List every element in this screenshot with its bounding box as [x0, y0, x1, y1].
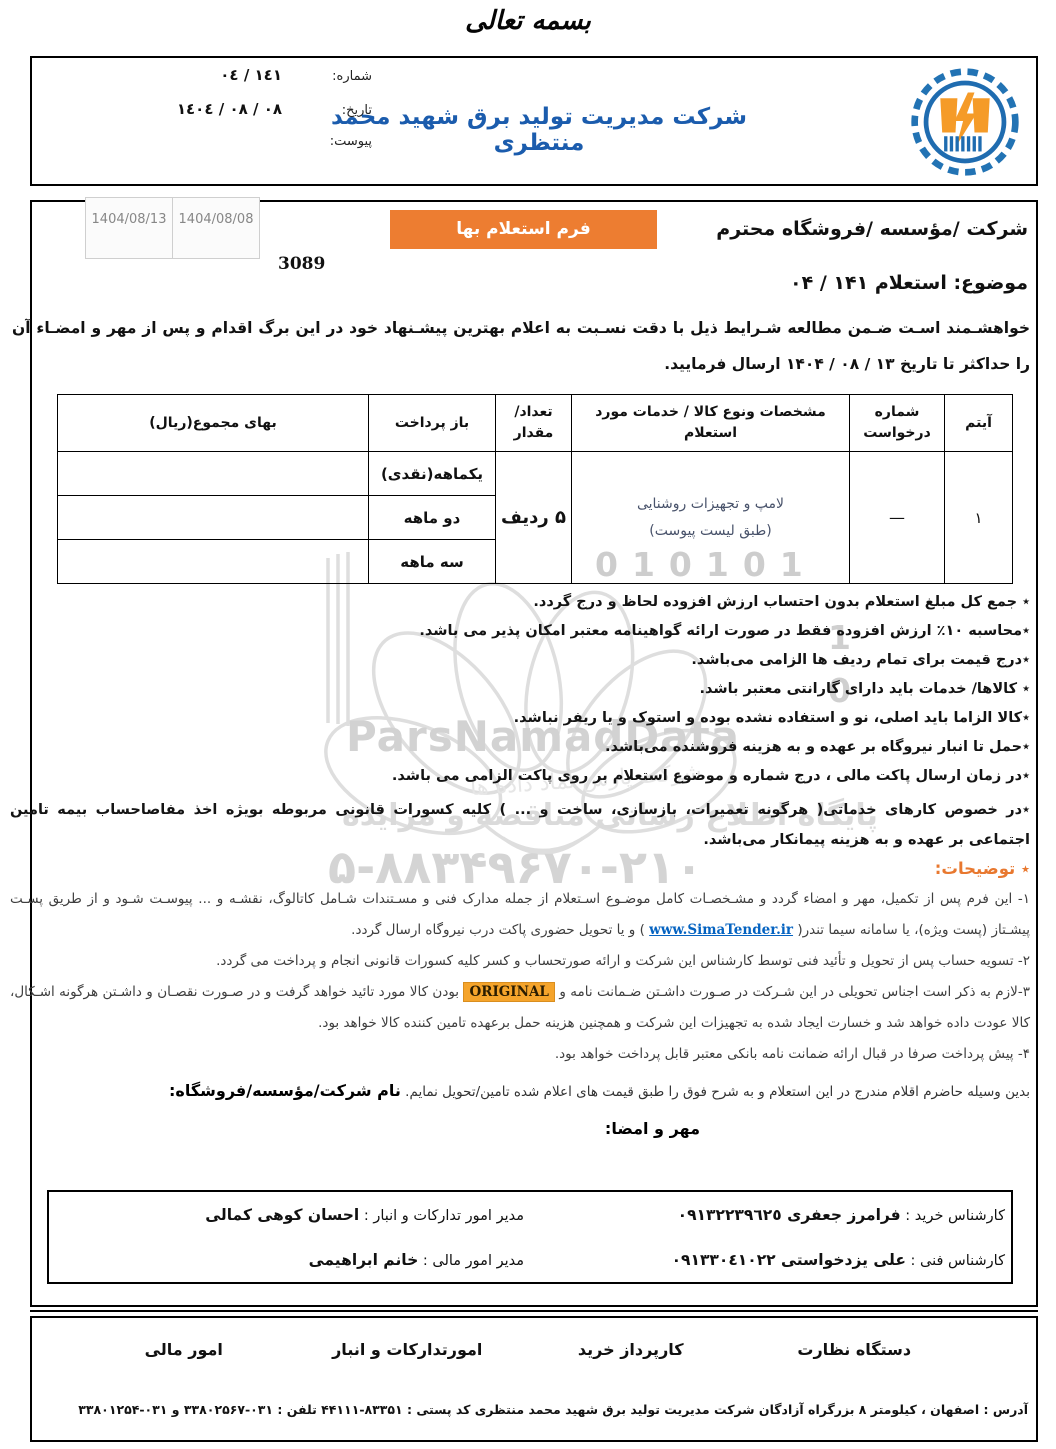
seal-signature-label: مهر و امضا:	[10, 1119, 1030, 1138]
address-line: آدرس : اصفهان ، کیلومتر ۸ بزرگراه آزادگا…	[40, 1402, 1028, 1417]
dept-finance: امور مالی	[72, 1340, 296, 1359]
note-1: ۱- این فرم پس از تکمیل، مهر و امضاء گردد…	[10, 884, 1030, 946]
col-header-item: آیتم	[945, 395, 1013, 452]
stamp-number: 3089	[278, 254, 325, 274]
description-line2: (طبق لیست پیوست)	[649, 523, 771, 539]
finance-manager-name: خانم ابراهیمی	[309, 1251, 419, 1269]
bismillah-calligraphy: بسمه تعالی	[0, 6, 1056, 36]
conditions-section: ٭ جمع کل مبلغ استعلام بدون احتساب ارزش ا…	[10, 592, 1030, 1138]
condition-item: ٭حمل تا انبار نیروگاه بر عهده و به هزینه…	[10, 737, 1030, 758]
col-header-description: مشخصات ونوع کالا / خدمات مورد استعلام	[572, 395, 850, 452]
request-no-cell: —	[850, 452, 945, 584]
condition-item: ٭محاسبه ۱۰٪ ارزش افزوده فقط در صورت ارائ…	[10, 621, 1030, 642]
condition-item: ٭ جمع کل مبلغ استعلام بدون احتساب ارزش ا…	[10, 592, 1030, 613]
payment-option-three-month: سه ماهه	[369, 540, 496, 584]
closing-text: بدین وسیله حاضرم اقلام مندرج در این استع…	[401, 1084, 1030, 1100]
quantity-header-line1: تعداد/	[514, 404, 552, 420]
condition-item: ٭کالا الزاما باید اصلی، نو و استفاده نشد…	[10, 708, 1030, 729]
simatender-link[interactable]: www.SimaTender.ir	[649, 922, 793, 938]
finance-manager-label: مدیر امور مالی :	[418, 1253, 524, 1269]
quantity-cell: ۵ ردیف	[496, 452, 572, 584]
description-cell: لامپ و تجهیزات روشنایی (طبق لیست پیوست)	[572, 452, 850, 584]
description-line1: لامپ و تجهیزات روشنایی	[637, 496, 784, 512]
date-value: ٠٨ / ٠٨ / ١٤٠٤	[177, 100, 282, 118]
price-cell-3[interactable]	[58, 540, 369, 584]
condition-item: ٭در زمان ارسال پاکت مالی ، درج شماره و م…	[10, 766, 1030, 787]
number-value: ١٤١ / ٠٤	[220, 66, 282, 84]
technical-expert-label: کارشناس فنی :	[906, 1253, 1005, 1269]
number-label: شماره:	[308, 69, 372, 84]
dept-logistics: امورتدارکات و انبار	[296, 1340, 520, 1359]
price-cell-2[interactable]	[58, 496, 369, 540]
company-name: شرکت مدیریت تولید برق شهید محمد منتظری	[322, 104, 756, 156]
technical-expert-name: علی یزدخواستی	[776, 1251, 906, 1269]
items-table: آیتم شماره درخواست مشخصات ونوع کالا / خد…	[57, 394, 1013, 584]
price-cell-1[interactable]	[58, 452, 369, 496]
note-1-text-after: ) و یا تحویل حضوری پاکت درب نیروگاه ارسا…	[351, 922, 649, 938]
note-2: ۲- تسویه حساب پس از تحویل و تأئید فنی تو…	[10, 946, 1030, 977]
note-3-text: ۳-لازم به ذکر است اجناس تحویلی در این شـ…	[555, 984, 1030, 1000]
company-name-field-label: نام شرکت/مؤسسه/فروشگاه:	[169, 1081, 401, 1100]
col-header-request-no: شماره درخواست	[850, 395, 945, 452]
departments-row: دستگاه نظارت کارپرداز خرید امورتدارکات و…	[72, 1340, 966, 1359]
company-logo-icon	[908, 60, 1022, 184]
technical-expert-phone: ٠٩١٣٣٠٤١٠٢٢	[672, 1251, 776, 1269]
stamp-date-deadline: 1404/08/13	[85, 197, 173, 259]
condition-item: ٭ کالاها/ خدمات باید دارای گارانتی معتبر…	[10, 679, 1030, 700]
subject-line: موضوع: استعلام ۱۴۱ / ۰۴	[790, 272, 1028, 294]
quantity-header-line2: مقدار	[514, 425, 554, 441]
logistics-manager-name: احسان کوهی کمالی	[205, 1206, 359, 1224]
item-row: ۱ — لامپ و تجهیزات روشنایی (طبق لیست پیو…	[58, 452, 1013, 496]
intro-paragraph: خواهشـمند اسـت ضـمن مطالعه شـرایط ذیل با…	[12, 310, 1030, 383]
purchase-expert-phone: ٠٩١٣٢٢٣٩٦٢٥	[678, 1206, 782, 1224]
logistics-manager-label: مدیر امور تدارکات و انبار :	[359, 1208, 524, 1224]
purchase-expert-name: فرامرز جعفری	[782, 1206, 901, 1224]
logistics-manager-contact: مدیر امور تدارکات و انبار : احسان کوهی ک…	[49, 1206, 530, 1224]
col-header-payment: باز پرداخت	[369, 395, 496, 452]
condition-item: ٭در خصوص کارهای خدماتی( هرگونه تعمیرات، …	[10, 795, 1030, 855]
contacts-box: کارشناس خرید : فرامرز جعفری ٠٩١٣٢٢٣٩٦٢٥ …	[47, 1190, 1013, 1284]
payment-option-cash: یکماهه(نقدی)	[369, 452, 496, 496]
notes-title: ٭ توضیحات:	[10, 859, 1030, 878]
footer-box: دستگاه نظارت کارپرداز خرید امورتدارکات و…	[30, 1316, 1038, 1442]
form-title-banner: فرم استعلام بها	[390, 210, 657, 249]
letterhead-box: شماره: ١٤١ / ٠٤ تاریخ: ٠٨ / ٠٨ / ١٤٠٤ پی…	[30, 56, 1038, 186]
closing-statement: بدین وسیله حاضرم اقلام مندرج در این استع…	[10, 1076, 1030, 1107]
item-number-cell: ۱	[945, 452, 1013, 584]
note-3: ۳-لازم به ذکر است اجناس تحویلی در این شـ…	[10, 977, 1030, 1039]
finance-manager-contact: مدیر امور مالی : خانم ابراهیمی	[49, 1251, 530, 1269]
purchase-expert-label: کارشناس خرید :	[901, 1208, 1005, 1224]
dept-supervision: دستگاه نظارت	[743, 1340, 967, 1359]
stamp-date-cells: 1404/08/13 1404/08/08	[86, 197, 260, 259]
payment-option-two-month: دو ماهه	[369, 496, 496, 540]
stamp-date-issue: 1404/08/08	[172, 197, 260, 259]
col-header-total-price: بهای مجموع(ریال)	[58, 395, 369, 452]
technical-expert-contact: کارشناس فنی : علی یزدخواستی ٠٩١٣٣٠٤١٠٢٢	[530, 1251, 1011, 1269]
footer-divider-line	[30, 1310, 1038, 1312]
note-4: ۴- پیش پرداخت صرفا در قبال ارائه ضمانت ن…	[10, 1039, 1030, 1070]
original-highlight: ORIGINAL	[463, 982, 554, 1002]
dept-purchasing: کارپرداز خرید	[519, 1340, 743, 1359]
recipient-line: شرکت /مؤسسه /فروشگاه محترم	[716, 218, 1028, 240]
items-table-header-row: آیتم شماره درخواست مشخصات ونوع کالا / خد…	[58, 395, 1013, 452]
col-header-quantity: تعداد/ مقدار	[496, 395, 572, 452]
inquiry-form-box: 1404/08/13 1404/08/08 3089 فرم استعلام ب…	[30, 200, 1038, 1307]
letterhead-number-row: شماره: ١٤١ / ٠٤	[72, 66, 372, 84]
purchase-expert-contact: کارشناس خرید : فرامرز جعفری ٠٩١٣٢٢٣٩٦٢٥	[530, 1206, 1011, 1224]
condition-item: ٭درج قیمت برای تمام ردیف ها الزامی می‌با…	[10, 650, 1030, 671]
